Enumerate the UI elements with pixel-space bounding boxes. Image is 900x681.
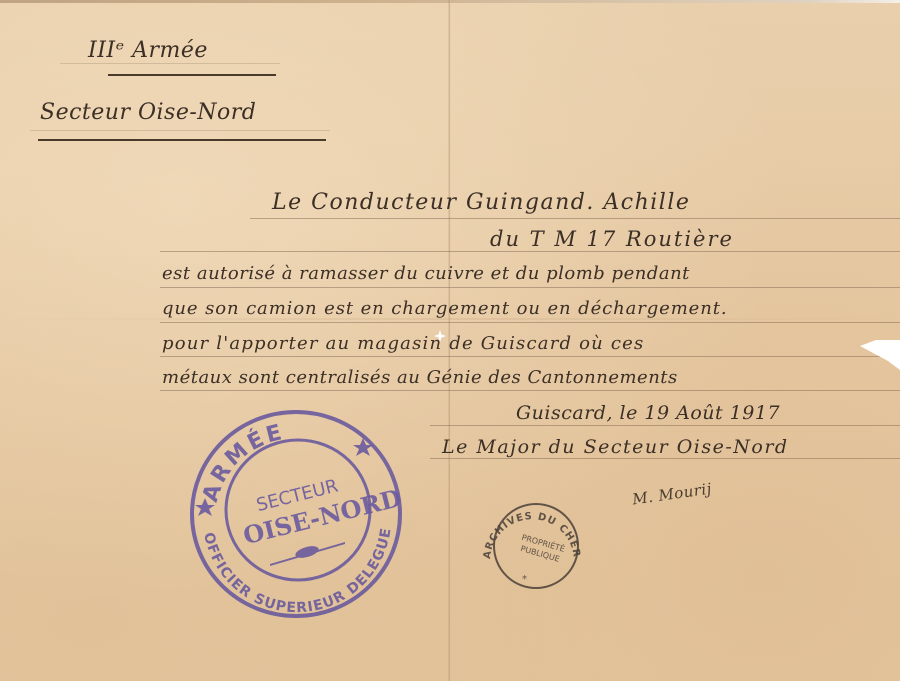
header-sector: Secteur Oise-Nord — [40, 100, 256, 125]
body-line-4: que son camion est en chargement ou en d… — [162, 298, 727, 319]
archive-stamp: ARCHIVES DU CHER PROPRIÉTÉ PUBLIQUE * — [476, 500, 590, 590]
body-line-3: est autorisé à ramasser du cuivre et du … — [162, 263, 690, 284]
body-line-1: Le Conducteur Guingand. Achille — [272, 190, 690, 215]
header-sector-underline — [38, 139, 326, 141]
ruled-line — [160, 390, 900, 391]
place-date: Guiscard, le 19 Août 1917 — [516, 402, 780, 424]
header-army-underline — [108, 74, 276, 76]
military-stamp: ARMÉE OFFICIER SUPERIEUR DELEGUE SECTEUR… — [185, 402, 407, 624]
document-page: IIIᵉ Armée Secteur Oise-Nord Le Conducte… — [0, 0, 900, 681]
body-line-6: métaux sont centralisés au Génie des Can… — [162, 367, 678, 388]
body-line-5: pour l'apporter au magasin de Guiscard o… — [162, 333, 644, 354]
ruled-line — [160, 287, 900, 288]
paper-tear-right — [860, 340, 900, 370]
ruled-line — [430, 425, 900, 426]
ruled-line — [160, 322, 900, 323]
header-army-rule — [60, 63, 280, 64]
ruled-line — [160, 251, 900, 252]
body-line-2: du T M 17 Routière — [490, 227, 734, 251]
header-army: IIIᵉ Armée — [88, 38, 208, 63]
stamp-bottom-arc-text: OFFICIER SUPERIEUR DELEGUE — [200, 526, 394, 616]
archive-star-icon: * — [522, 574, 527, 585]
signature: M. Mourij — [631, 480, 713, 509]
ruled-line — [250, 218, 900, 219]
ruled-line — [430, 458, 900, 459]
header-sector-rule — [30, 130, 330, 131]
signatory-title: Le Major du Secteur Oise-Nord — [442, 436, 789, 458]
ruled-line — [160, 356, 900, 357]
